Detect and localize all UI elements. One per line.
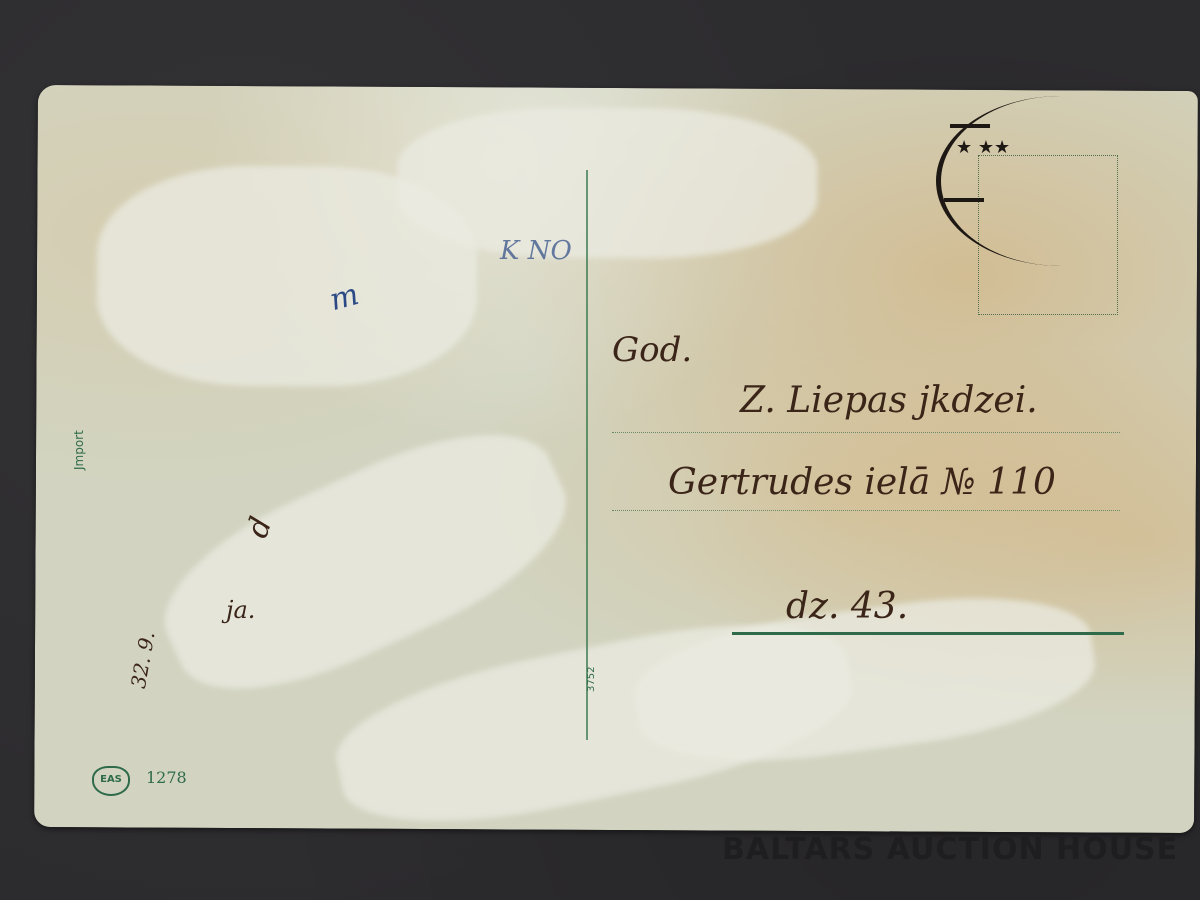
series-number: 3752 bbox=[586, 667, 597, 692]
address-line-1 bbox=[612, 432, 1120, 433]
paper-peel bbox=[397, 107, 818, 259]
handwritten-mark: ja. bbox=[226, 596, 255, 624]
salutation: God. bbox=[612, 330, 692, 370]
postmark-stars: ★ ★★ bbox=[956, 140, 1010, 156]
postmark-bar bbox=[950, 124, 990, 128]
catalog-number: 1278 bbox=[146, 768, 187, 787]
watermark: BALTARS AUCTION HOUSE bbox=[722, 832, 1178, 867]
center-divider bbox=[586, 170, 588, 740]
address-line-2 bbox=[612, 510, 1120, 511]
address-recipient: Z. Liepas jkdzei. bbox=[740, 380, 1038, 421]
import-label: Jmport bbox=[72, 430, 86, 470]
address-street: Gertrudes ielā № 110 bbox=[668, 462, 1056, 503]
address-apartment: dz. 43. bbox=[786, 586, 908, 627]
eas-logo: EAS bbox=[92, 766, 130, 796]
blue-scrawl: K NO bbox=[500, 236, 572, 266]
postmark-bar bbox=[944, 198, 984, 202]
address-line-3 bbox=[732, 632, 1124, 635]
